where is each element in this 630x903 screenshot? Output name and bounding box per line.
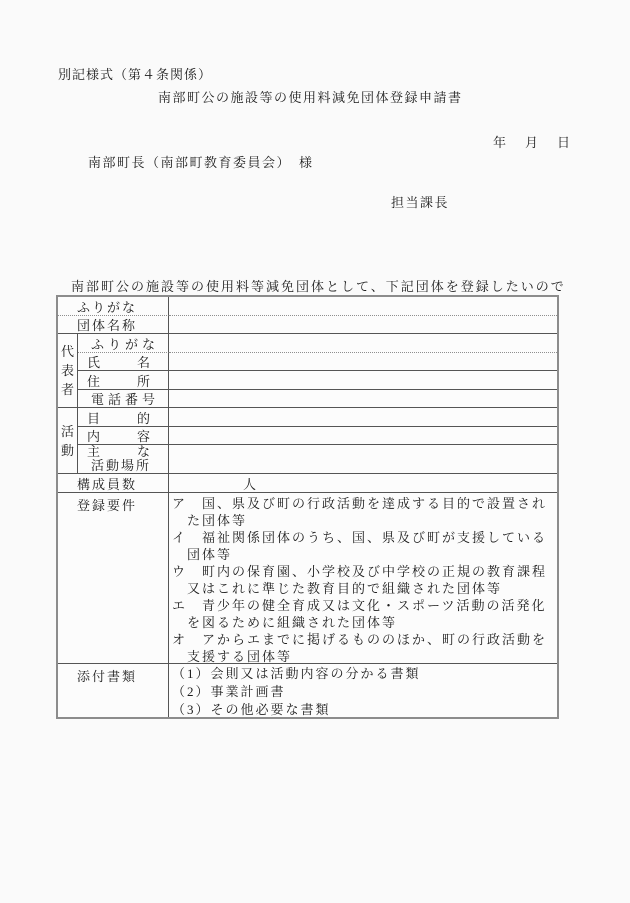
requirement-item: イ 福祉関係団体のうち、国、県及び町が支援している団体等 [172, 529, 555, 563]
requirement-item: オ アからエまでに掲げるもののほか、町の行政活動を支援する団体等 [172, 631, 555, 664]
rep-furigana-label-cell: ふりがな [78, 334, 169, 353]
attachments-label: 添付書類 [77, 666, 137, 685]
document-page: 別記様式（第４条関係） 南部町公の施設等の使用料減免団体登録申請書 年 月 日 … [0, 0, 630, 903]
section-chief-label: 担当課長 [391, 192, 449, 211]
members-unit: 人 [243, 474, 258, 493]
document-title: 南部町公の施設等の使用料減免団体登録申請書 [158, 87, 463, 106]
attachment-item: （3）その他必要な書類 [172, 701, 555, 717]
rep-phone-label-cell: 電話番号 [78, 390, 169, 408]
rep-furigana-label: ふりがな [91, 334, 159, 353]
activity-place-label-line2: 活動場所 [78, 459, 168, 473]
org-furigana-value-cell [169, 297, 557, 316]
rep-address-value-cell [169, 371, 557, 390]
activity-content-value-cell [169, 427, 557, 445]
attachments-label-cell: 添付書類 [58, 664, 169, 717]
requirements-label: 登録要件 [77, 495, 137, 514]
attachment-item: （1）会則又は活動内容の分かる書類 [172, 665, 555, 683]
rep-furigana-value-cell [169, 334, 557, 353]
activity-purpose-value-cell [169, 408, 557, 427]
requirement-item: エ 青少年の健全育成又は文化・スポーツ活動の活発化を図るために組織された団体等 [172, 597, 555, 631]
org-furigana-label-cell: ふりがな [58, 297, 169, 316]
activity-purpose-label-cell: 目 的 [78, 408, 169, 427]
intro-line-1: 南部町公の施設等の使用料等減免団体として、下記団体を登録したいので [56, 277, 576, 297]
org-name-value-cell [169, 316, 557, 334]
representative-group-label-cell: 代 表 者 [58, 334, 78, 408]
activity-place-label-cell: 主 な 活動場所 [78, 445, 169, 474]
rep-phone-label: 電話番号 [91, 390, 159, 408]
members-value-cell: 人 [169, 474, 557, 493]
date-line: 年 月 日 [493, 132, 573, 151]
org-name-label-cell: 団体名称 [58, 316, 169, 334]
form-style-note: 別記様式（第４条関係） [58, 64, 212, 83]
addressee-line: 南部町長（南部町教育委員会） 様 [88, 152, 314, 171]
activity-place-value-cell [169, 445, 557, 474]
requirements-label-cell: 登録要件 [58, 493, 169, 664]
org-name-label: 団体名称 [77, 316, 137, 334]
rep-address-label-cell: 住 所 [78, 371, 169, 390]
rep-name-value-cell [169, 353, 557, 371]
rep-phone-value-cell [169, 390, 557, 408]
members-label: 構成員数 [77, 474, 137, 493]
application-table: ふりがな 団体名称 代 表 者 ふりがな 氏 名 住 所 電話番号 [56, 295, 559, 719]
org-furigana-label: ふりがな [77, 297, 137, 316]
attachments-value-cell: （1）会則又は活動内容の分かる書類 （2）事業計画書 （3）その他必要な書類 [169, 664, 557, 717]
requirements-value-cell: ア 国、県及び町の行政活動を達成する目的で設置された団体等 イ 福祉関係団体のう… [169, 493, 557, 664]
requirement-item: ア 国、県及び町の行政活動を達成する目的で設置された団体等 [172, 495, 555, 529]
members-label-cell: 構成員数 [58, 474, 169, 493]
rep-name-label-cell: 氏 名 [78, 353, 169, 371]
attachment-item: （2）事業計画書 [172, 683, 555, 701]
requirement-item: ウ 町内の保育園、小学校及び中学校の正規の教育課程又はこれに準じた教育目的で組織… [172, 563, 555, 597]
activity-group-label-cell: 活 動 [58, 408, 78, 474]
activity-content-label-cell: 内 容 [78, 427, 169, 445]
